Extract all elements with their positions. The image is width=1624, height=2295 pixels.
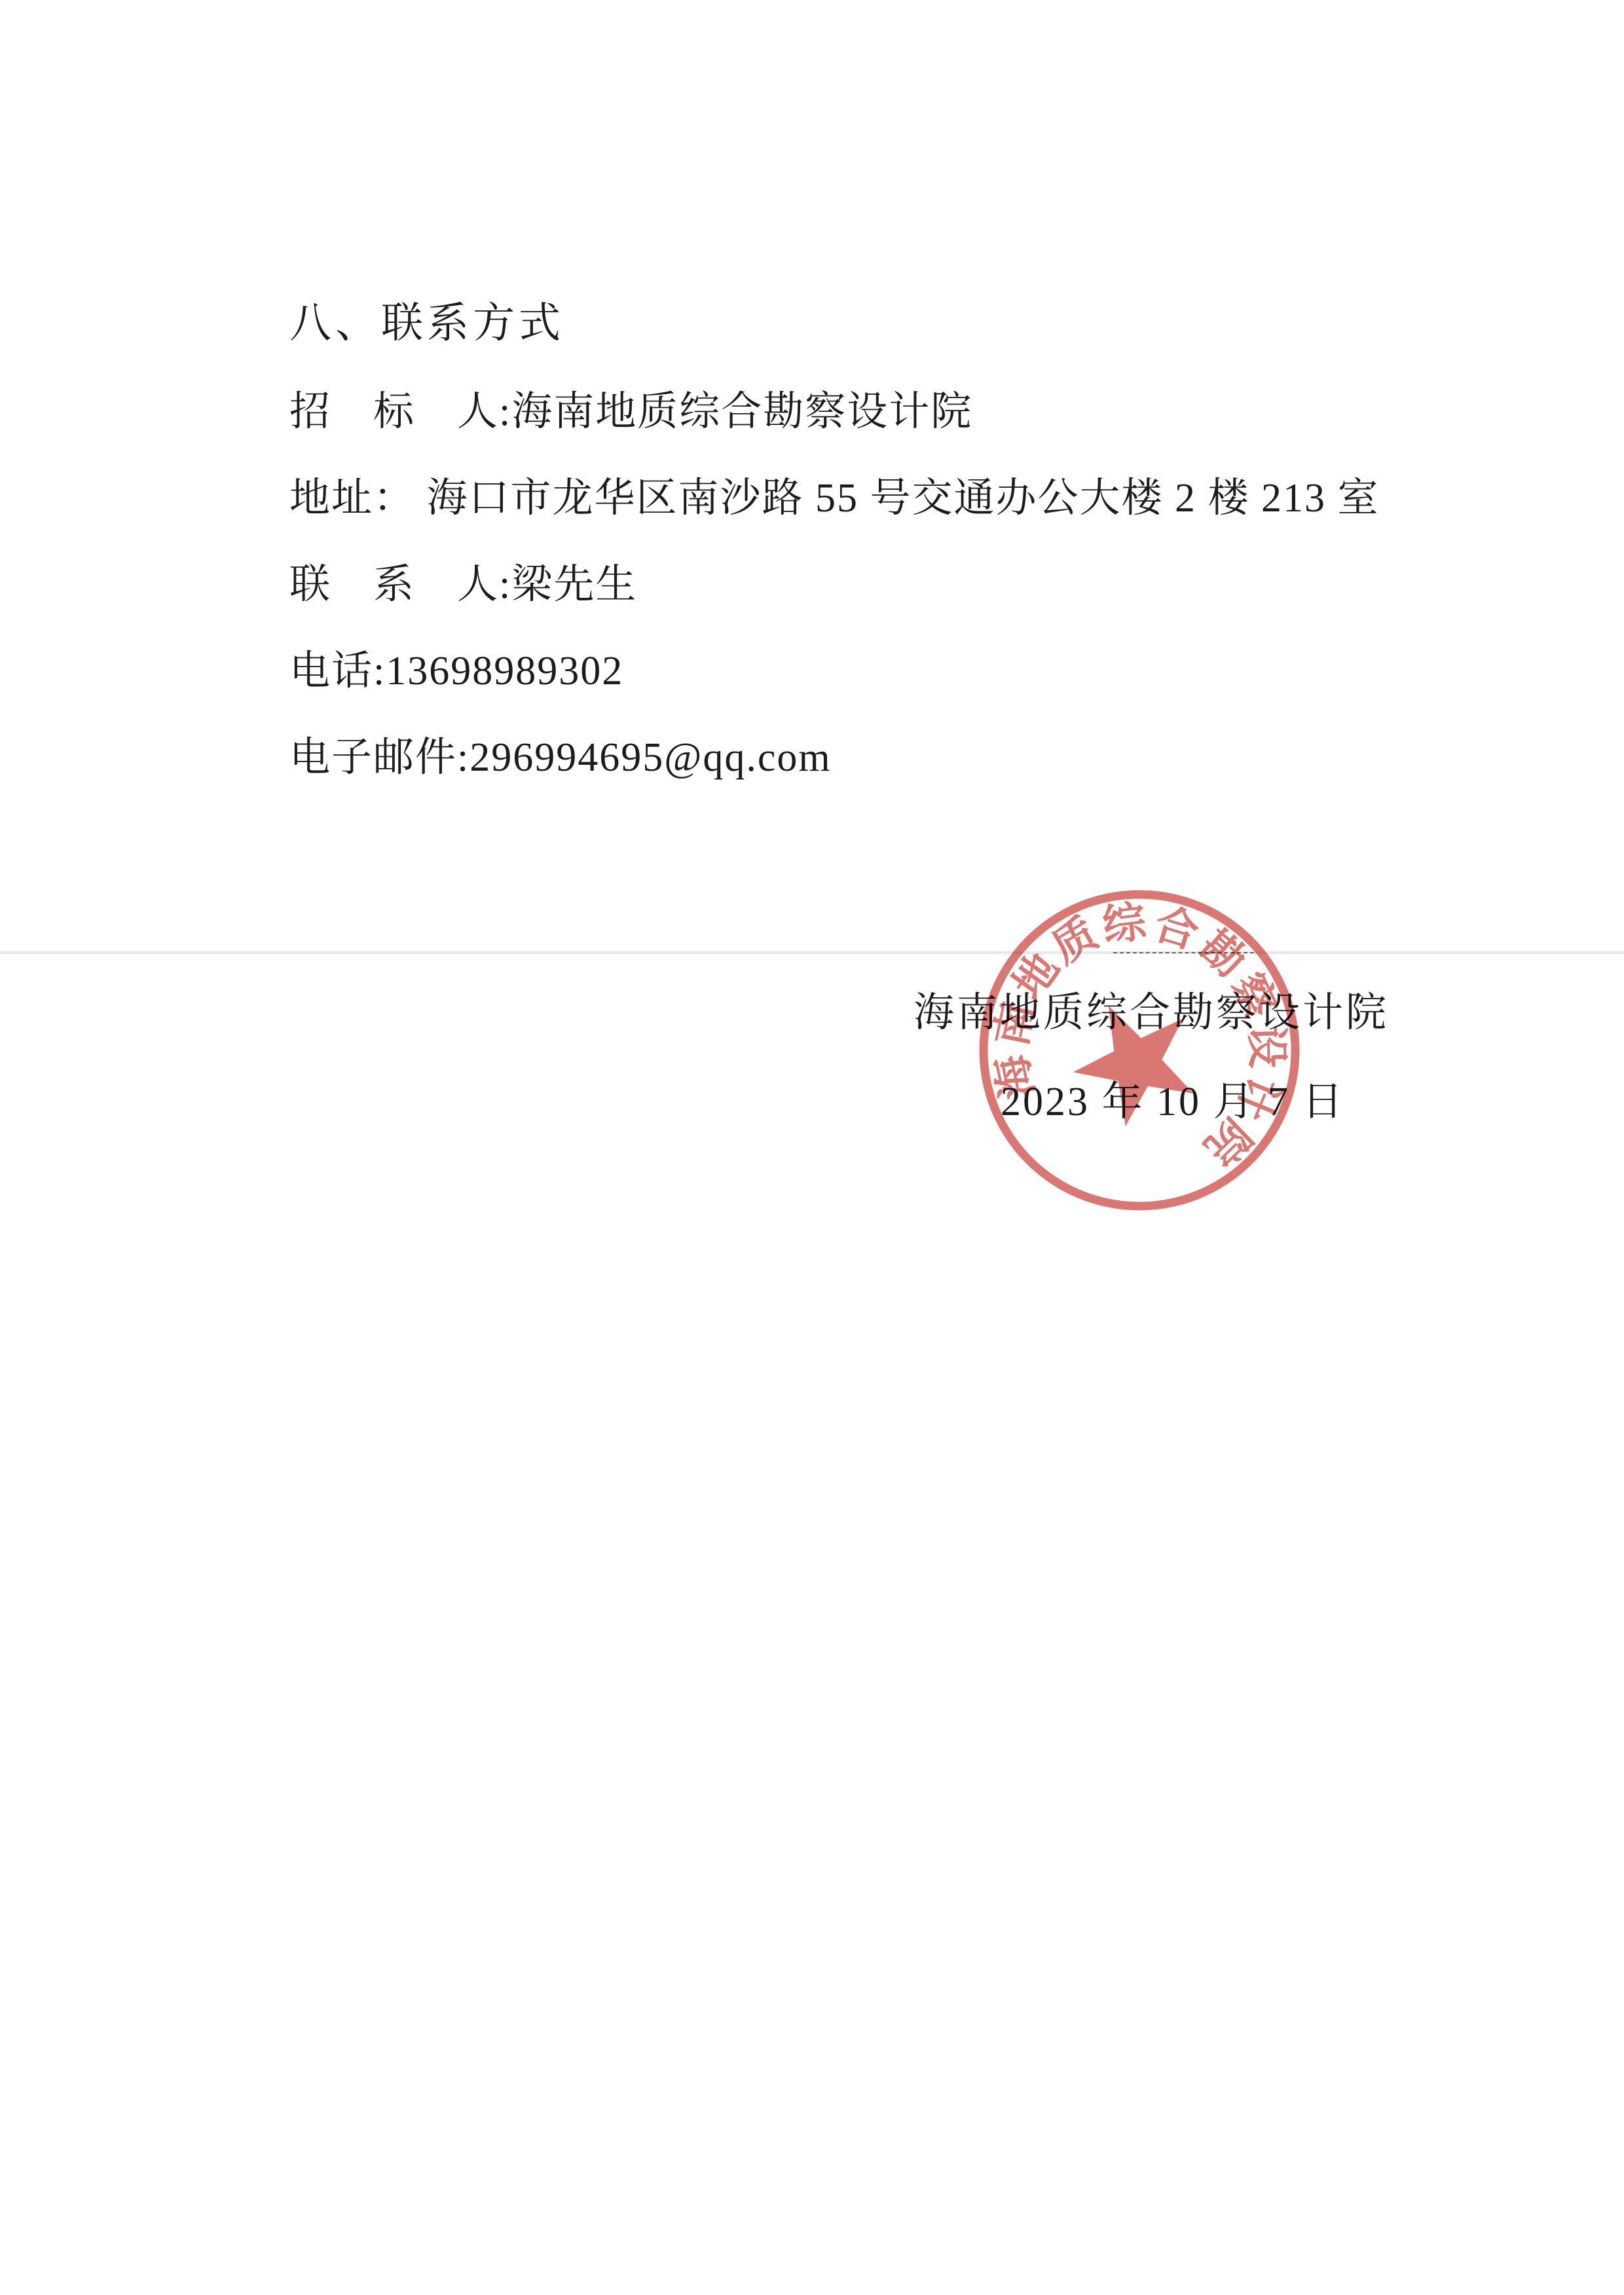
- tenderer-line: 招 标 人:海南地质综合勘察设计院: [289, 392, 972, 432]
- star-icon: [1054, 979, 1214, 1137]
- official-seal: 海南地质综合勘察设计院: [957, 868, 1322, 1233]
- contact-person-line: 联 系 人:梁先生: [289, 564, 637, 605]
- address-line: 地址： 海口市龙华区南沙路 55 号交通办公大楼 2 楼 213 室: [289, 478, 1380, 519]
- section-heading: 八、联系方式: [289, 303, 564, 344]
- scan-divider-line: [0, 951, 1624, 954]
- phone-line: 电话:13698989302: [289, 651, 623, 691]
- document-page: 八、联系方式 招 标 人:海南地质综合勘察设计院 地址： 海口市龙华区南沙路 5…: [0, 0, 1624, 2295]
- email-line: 电子邮件:296994695@qq.com: [289, 737, 832, 778]
